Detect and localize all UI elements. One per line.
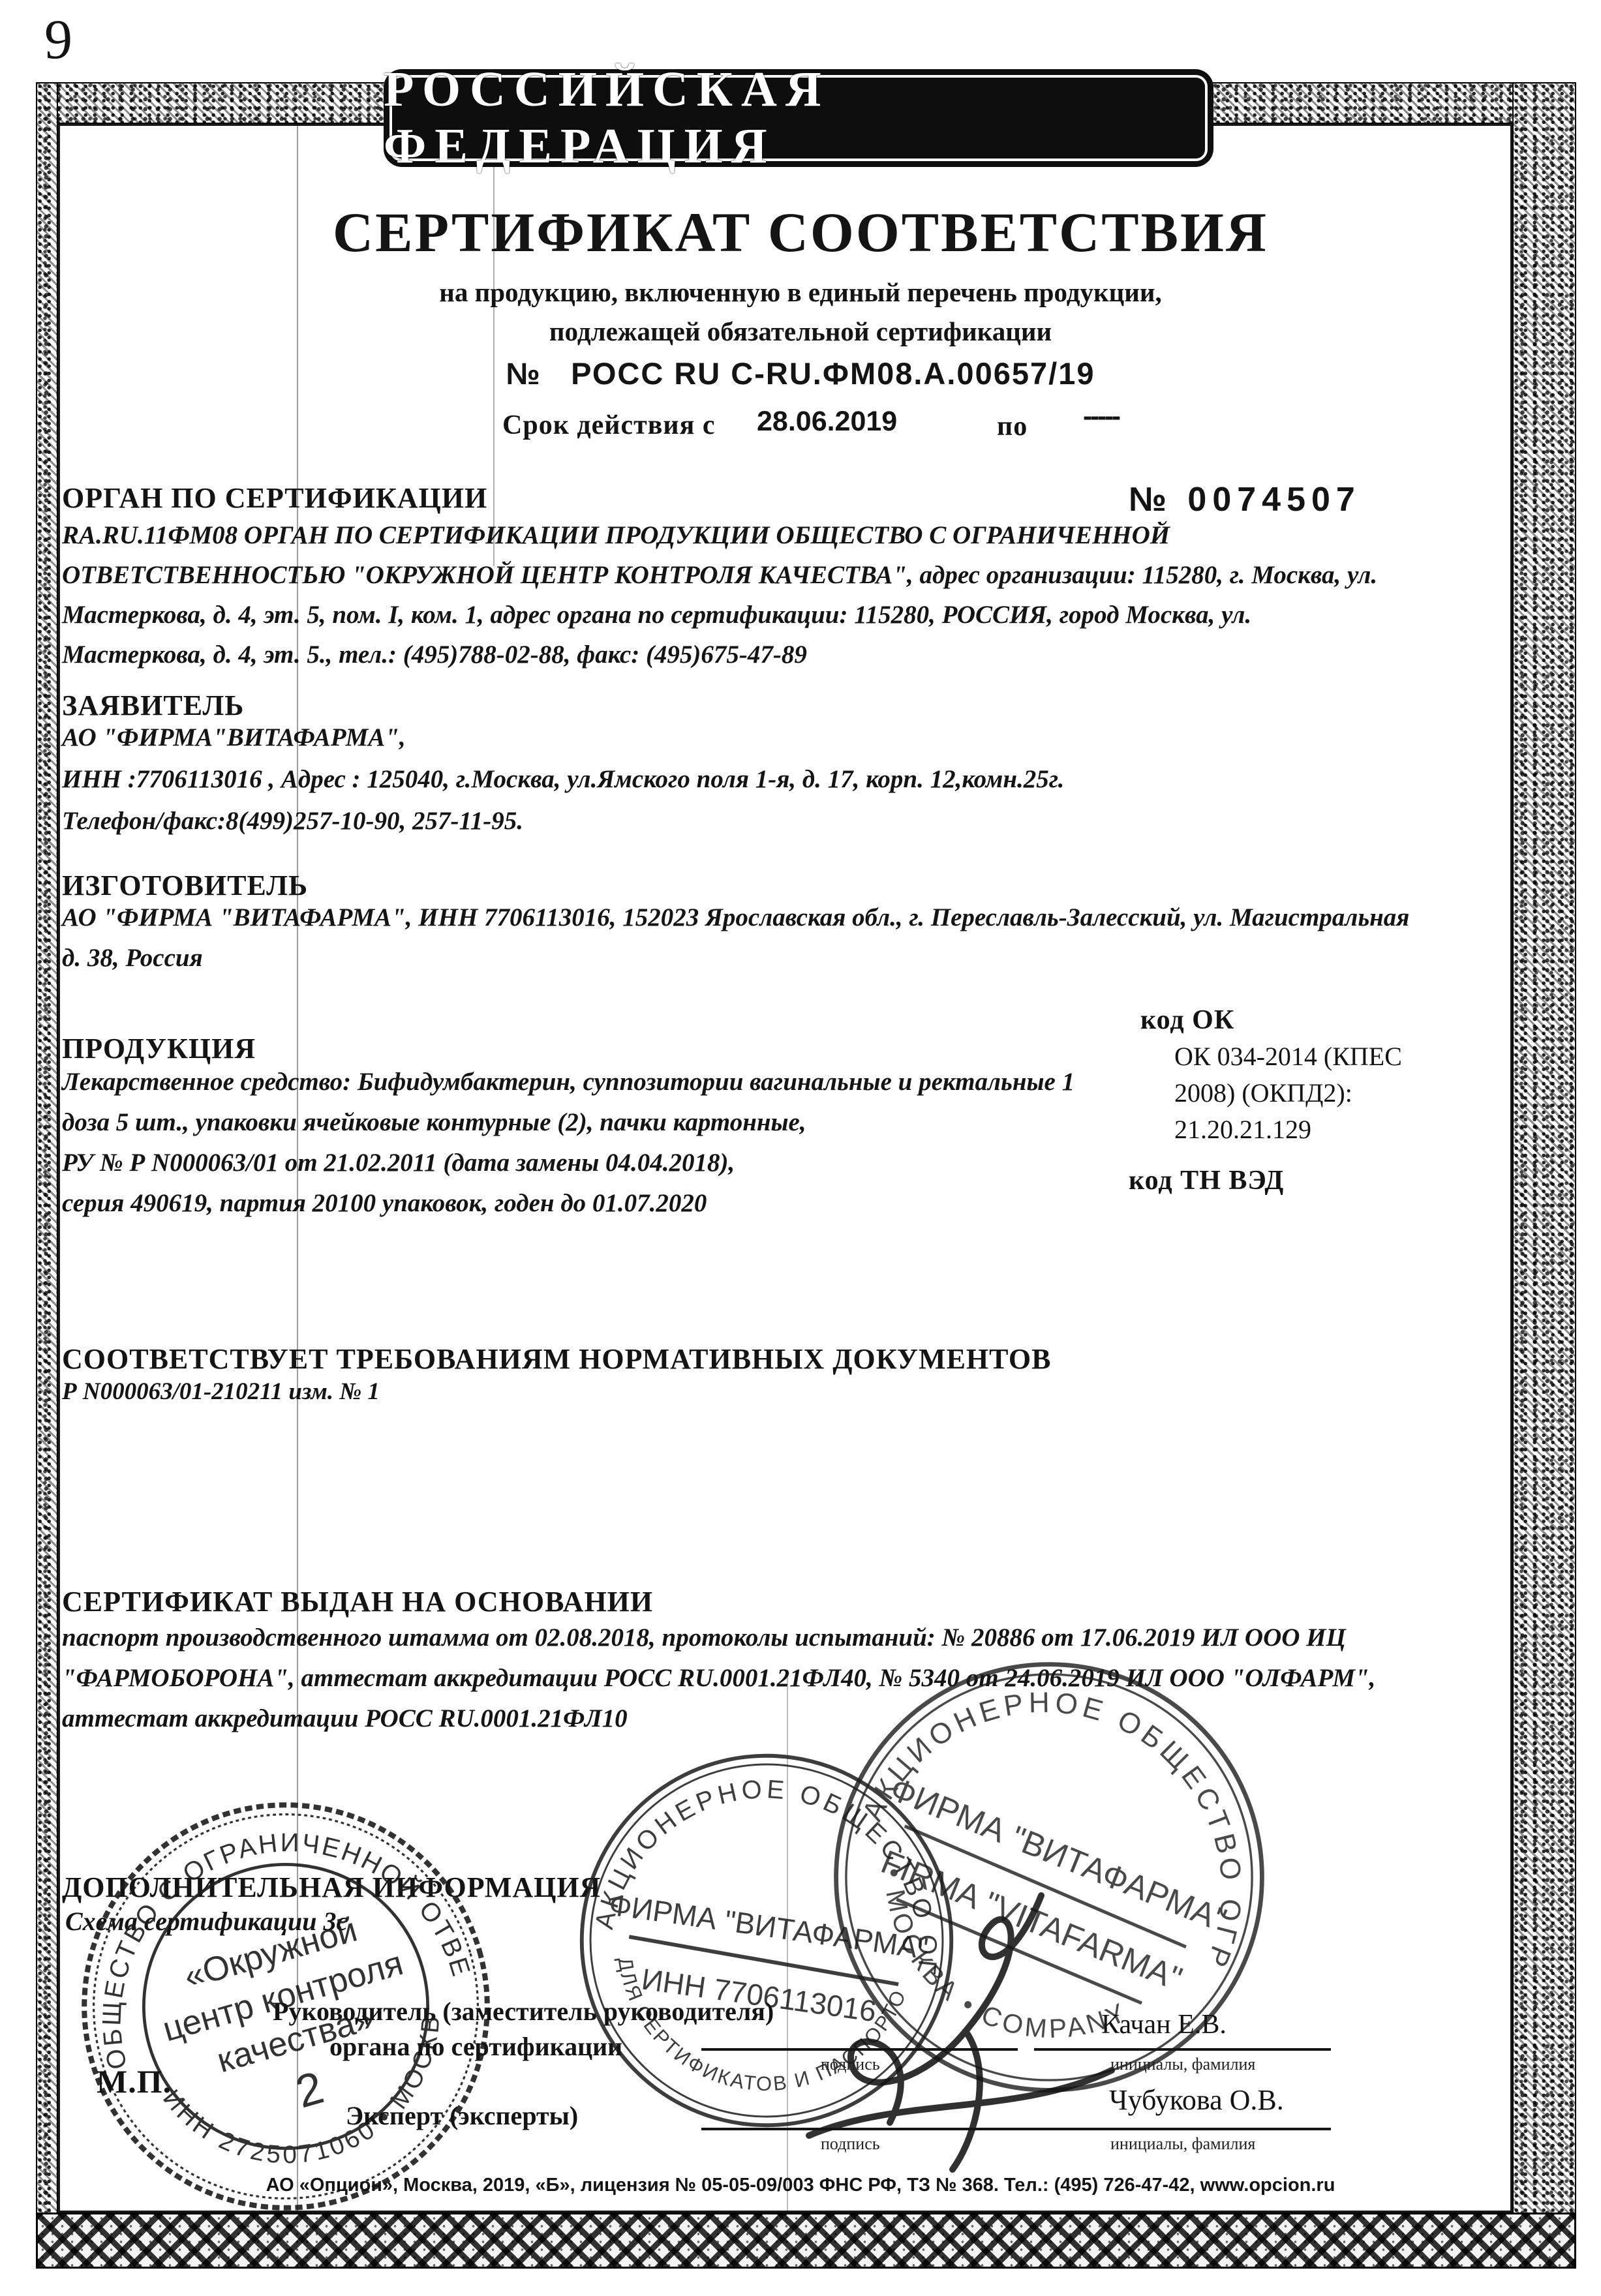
head-signature-line — [701, 2048, 1018, 2051]
handwritten-page-mark: 9 — [44, 7, 72, 72]
organ-line: ОТВЕТСТВЕННОСТЬЮ "ОКРУЖНОЙ ЦЕНТР КОНТРОЛ… — [62, 560, 1377, 590]
border-right — [1512, 82, 1576, 2269]
ok-code-label: код ОК — [1140, 1004, 1234, 1036]
manufacturer-line: д. 38, Россия — [62, 943, 203, 973]
ok-code-line: 2008) (ОКПД2): — [1174, 1078, 1352, 1108]
stamp-left-center-4: 2 — [290, 2061, 329, 2118]
subtitle-line-2: подлежащей обязательной сертификации — [549, 316, 1052, 347]
organ-line: RA.RU.11ФМ08 ОРГАН ПО СЕРТИФИКАЦИИ ПРОДУ… — [62, 521, 1170, 550]
conformity-reference: Р N000063/01-210211 изм. № 1 — [62, 1378, 380, 1406]
validity-to-label: по — [997, 411, 1028, 442]
validity-to-value: ----- — [1083, 400, 1119, 432]
basis-line: аттестат аккредитации РОСС RU.0001.21ФЛ1… — [62, 1704, 628, 1733]
mp-label: М.П. — [97, 2062, 172, 2100]
ok-code-line: ОК 034-2014 (КПЕС — [1174, 1041, 1402, 1072]
federation-banner-label: РОССИЙСКАЯ ФЕДЕРАЦИЯ — [384, 61, 1213, 175]
organ-line: Мастеркова, д. 4, эт. 5., тел.: (495)788… — [62, 640, 807, 669]
manufacturer-heading: ИЗГОТОВИТЕЛЬ — [62, 869, 308, 902]
products-line: серия 490619, партия 20100 упаковок, год… — [62, 1188, 707, 1218]
validity-from-date: 28.06.2019 — [757, 406, 897, 438]
validity-label: Срок действия с — [502, 410, 716, 441]
certificate-page: 9 РОССИЙСКАЯ ФЕДЕРАЦИЯ СЕРТИФИКАТ СООТВЕ… — [0, 0, 1601, 2296]
head-name: Качан Е.В. — [1101, 2009, 1227, 2040]
products-heading: ПРОДУКЦИЯ — [62, 1032, 256, 1065]
head-role-line-1: Руководитель (заместитель руководителя) — [273, 1996, 774, 2027]
basis-line: паспорт производственного штамма от 02.0… — [62, 1623, 1346, 1652]
federation-banner: РОССИЙСКАЯ ФЕДЕРАЦИЯ — [384, 69, 1213, 167]
number-label: № — [506, 356, 541, 391]
expert-role: Эксперт (эксперты) — [346, 2100, 578, 2131]
printer-imprint: АО «Опцион», Москва, 2019, «Б», лицензия… — [266, 2175, 1335, 2196]
products-line: РУ № Р N000063/01 от 21.02.2011 (дата за… — [62, 1148, 735, 1177]
applicant-line: Телефон/факс:8(499)257-10-90, 257-11-95. — [62, 806, 523, 836]
products-line: доза 5 шт., упаковки ячейковые контурные… — [62, 1108, 806, 1137]
signature-squiggle — [770, 1872, 1135, 2179]
conformity-heading: СООТВЕТСТВУЕТ ТРЕБОВАНИЯМ НОРМАТИВНЫХ ДО… — [62, 1342, 1052, 1376]
head-signature-caption: подпись — [821, 2055, 880, 2074]
applicant-line: ИНН :7706113016 , Адрес : 125040, г.Моск… — [62, 764, 1064, 794]
applicant-heading: ЗАЯВИТЕЛЬ — [62, 689, 244, 722]
organ-heading: ОРГАН ПО СЕРТИФИКАЦИИ — [62, 481, 487, 515]
expert-signature-caption: подпись — [821, 2134, 880, 2154]
head-name-caption: инициалы, фамилия — [1110, 2055, 1255, 2074]
certificate-number: РОСС RU C-RU.ФМ08.А.00657/19 — [571, 356, 1095, 391]
certificate-title: СЕРТИФИКАТ СООТВЕТСТВИЯ — [333, 200, 1268, 265]
expert-name: Чубукова О.В. — [1109, 2083, 1284, 2117]
applicant-line: АО "ФИРМА"ВИТАФАРМА", — [62, 723, 406, 752]
expert-name-caption: инициалы, фамилия — [1110, 2134, 1255, 2154]
products-line: Лекарственное средство: Бифидумбактерин,… — [62, 1067, 1075, 1096]
subtitle-line-1: на продукцию, включенную в единый перече… — [439, 277, 1162, 308]
basis-heading: СЕРТИФИКАТ ВЫДАН НА ОСНОВАНИИ — [62, 1585, 653, 1618]
head-name-line — [1034, 2048, 1331, 2051]
certificate-number-line: № РОСС RU C-RU.ФМ08.А.00657/19 — [506, 355, 1095, 391]
expert-name-line — [1008, 2128, 1331, 2130]
organ-line: Мастеркова, д. 4, эт. 5, пом. I, ком. 1,… — [62, 600, 1251, 629]
manufacturer-line: АО "ФИРМА "ВИТАФАРМА", ИНН 7706113016, 1… — [62, 903, 1409, 932]
head-role-line-2: органа по сертификации — [329, 2031, 622, 2062]
basis-line: "ФАРМОБОРОНА", аттестат аккредитации РОС… — [62, 1663, 1375, 1693]
ok-code-line: 21.20.21.129 — [1174, 1114, 1311, 1145]
expert-signature-line — [701, 2128, 1018, 2130]
blank-number: № 0074507 — [1129, 480, 1361, 519]
tnved-code-label: код ТН ВЭД — [1129, 1165, 1284, 1196]
